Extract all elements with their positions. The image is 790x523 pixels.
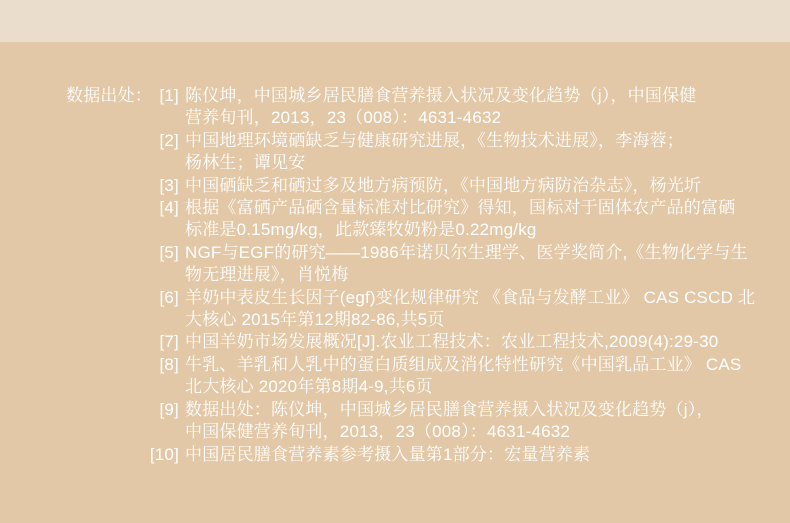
reference-number: [2] [153,130,179,152]
reference-text: 羊奶中表皮生长因子(egf)变化规律研究 《食品与发酵工业》 CAS CSCD … [179,287,755,332]
reference-number: [5] [153,242,179,264]
reference-number-text: [2] [159,130,179,152]
top-band-divider [0,0,790,42]
reference-item: [8]牛乳、羊乳和人乳中的蛋白质组成及消化特性研究《中国乳品工业》 CAS 北大… [66,354,766,399]
reference-number: [1] [153,85,179,107]
reference-text: 中国居民膳食营养素参考摄入量第1部分：宏量营养素 [179,444,590,466]
reference-number: [8] [153,354,179,376]
reference-number-text: [3] [159,175,179,197]
reference-text: 中国地理环境硒缺乏与健康研究进展，《生物技术进展》，李海蓉； 杨林生；谭见安 [179,130,684,175]
reference-text: 陈仪坤，中国城乡居民膳食营养摄入状况及变化趋势（j），中国保健 营养旬刊，201… [179,85,696,130]
reference-number-text: [5] [159,242,179,264]
reference-item: [10]中国居民膳食营养素参考摄入量第1部分：宏量营养素 [66,444,766,466]
reference-item: [4]根据《富硒产品硒含量标准对比研究》得知，国标对于固体农产品的富硒 标准是0… [66,197,766,242]
data-sources-section: 数据出处：[1]陈仪坤，中国城乡居民膳食营养摄入状况及变化趋势（j），中国保健 … [66,85,766,466]
reference-number-text: [9] [159,399,179,421]
reference-number-text: [7] [159,331,179,353]
reference-text: 数据出处：陈仪坤，中国城乡居民膳食营养摄入状况及变化趋势（j）， 中国保健营养旬… [179,399,714,444]
reference-number: [3] [153,175,179,197]
reference-item: [5]NGF与EGF的研究——1986年诺贝尔生理学、医学奖简介,《生物化学与生… [66,242,766,287]
reference-number: [7] [153,331,179,353]
reference-number-text: [6] [159,287,179,309]
reference-number: [9] [153,399,179,421]
reference-number: [10] [153,444,179,466]
reference-item: [2]中国地理环境硒缺乏与健康研究进展，《生物技术进展》，李海蓉； 杨林生；谭见… [66,130,766,175]
reference-number-text: [1] [159,85,179,107]
sources-label: 数据出处： [66,85,153,107]
reference-item: 数据出处：[1]陈仪坤，中国城乡居民膳食营养摄入状况及变化趋势（j），中国保健 … [66,85,766,130]
reference-item: [6]羊奶中表皮生长因子(egf)变化规律研究 《食品与发酵工业》 CAS CS… [66,287,766,332]
reference-text: 根据《富硒产品硒含量标准对比研究》得知，国标对于固体农产品的富硒 标准是0.15… [179,197,735,242]
reference-item: [9]数据出处：陈仪坤，中国城乡居民膳食营养摄入状况及变化趋势（j）， 中国保健… [66,399,766,444]
reference-number-text: [10] [150,444,179,466]
reference-number-text: [8] [159,354,179,376]
reference-text: 中国硒缺乏和硒过多及地方病预防，《中国地方病防治杂志》，杨光圻 [179,175,701,197]
product-detail-sources-page: 数据出处：[1]陈仪坤，中国城乡居民膳食营养摄入状况及变化趋势（j），中国保健 … [0,0,790,523]
reference-text: 中国羊奶市场发展概况[J].农业工程技术：农业工程技术,2009(4):29-3… [179,331,718,353]
reference-text: NGF与EGF的研究——1986年诺贝尔生理学、医学奖简介,《生物化学与生 物无… [179,242,748,287]
reference-number-text: [4] [159,197,179,219]
reference-number: [6] [153,287,179,309]
reference-number: [4] [153,197,179,219]
reference-item: [3]中国硒缺乏和硒过多及地方病预防，《中国地方病防治杂志》，杨光圻 [66,175,766,197]
references-list: 数据出处：[1]陈仪坤，中国城乡居民膳食营养摄入状况及变化趋势（j），中国保健 … [66,85,766,466]
reference-text: 牛乳、羊乳和人乳中的蛋白质组成及消化特性研究《中国乳品工业》 CAS 北大核心 … [179,354,741,399]
reference-item: [7]中国羊奶市场发展概况[J].农业工程技术：农业工程技术,2009(4):2… [66,331,766,353]
